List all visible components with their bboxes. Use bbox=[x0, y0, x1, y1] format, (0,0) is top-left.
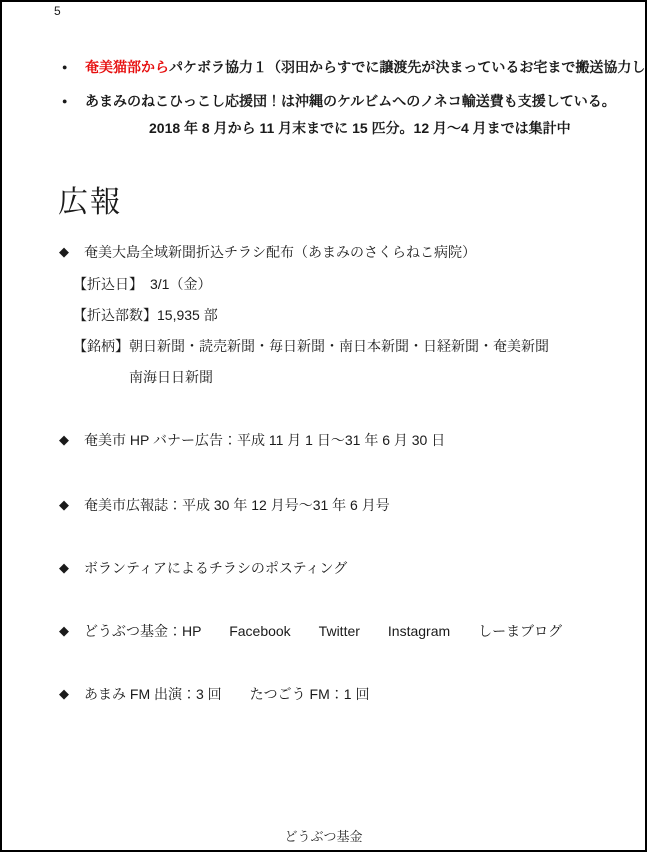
list-item-posting: ◆ ボランティアによるチラシのポスティング bbox=[59, 559, 630, 577]
document-page: 5 ● 奄美猫部からパケボラ協力１（羽田からすでに譲渡先が決まっているお宅まで搬… bbox=[0, 0, 647, 852]
highlighted-red-text: 奄美猫部から bbox=[85, 59, 169, 75]
bullet-text: 奄美猫部からパケボラ協力１（羽田からすでに譲渡先が決まっているお宅まで搬送協力し… bbox=[85, 59, 647, 76]
detail-line-meigara: 【銘柄】朝日新聞・読売新聞・毎日新聞・南日本新聞・日経新聞・奄美新聞 bbox=[73, 337, 549, 355]
item-text: どうぶつ基金：HP Facebook Twitter Instagram しーま… bbox=[84, 622, 562, 640]
list-item-chirashi: ◆ 奄美大島全域新聞折込チラシ配布（あまみのさくらねこ病院） bbox=[59, 243, 630, 261]
page-number: 5 bbox=[54, 4, 61, 18]
bullet-text-body: パケボラ協力１（羽田からすでに譲渡先が決まっているお宅まで搬送協力した） bbox=[169, 59, 647, 75]
diamond-icon: ◆ bbox=[59, 431, 84, 449]
detail-line-meigara-2: 南海日日新聞 bbox=[73, 368, 213, 386]
list-item-fm: ◆ あまみ FM 出演：3 回 たつごう FM：1 回 bbox=[59, 685, 630, 703]
list-item-ouendan: ● あまみのねこひっこし応援団！は沖縄のケルビムへのノネコ輸送費も支援している。 bbox=[62, 93, 625, 110]
note-line: 2018 年 8 月から 11 月末までに 15 匹分。12 月～4 月までは集… bbox=[149, 119, 571, 137]
item-text: 奄美大島全域新聞折込チラシ配布（あまみのさくらねこ病院） bbox=[84, 243, 476, 261]
item-text: 奄美市広報誌：平成 30 年 12 月号～31 年 6 月号 bbox=[84, 496, 390, 514]
bullet-text-body: あまみのねこひっこし応援団！は沖縄のケルビムへのノネコ輸送費も支援している。 bbox=[85, 93, 616, 109]
item-text: 奄美市 HP バナー広告：平成 11 月 1 日～31 年 6 月 30 日 bbox=[84, 431, 445, 449]
diamond-icon: ◆ bbox=[59, 243, 84, 261]
diamond-icon: ◆ bbox=[59, 559, 84, 577]
item-text: あまみ FM 出演：3 回 たつごう FM：1 回 bbox=[84, 685, 369, 703]
list-item-sns: ◆ どうぶつ基金：HP Facebook Twitter Instagram し… bbox=[59, 622, 630, 640]
list-item-pakebora: ● 奄美猫部からパケボラ協力１（羽田からすでに譲渡先が決まっているお宅まで搬送協… bbox=[62, 59, 625, 76]
bullet-icon: ● bbox=[62, 59, 85, 76]
diamond-icon: ◆ bbox=[59, 622, 84, 640]
item-text: ボランティアによるチラシのポスティング bbox=[84, 559, 347, 577]
diamond-icon: ◆ bbox=[59, 496, 84, 514]
list-item-kouhoushi: ◆ 奄美市広報誌：平成 30 年 12 月号～31 年 6 月号 bbox=[59, 496, 630, 514]
diamond-icon: ◆ bbox=[59, 685, 84, 703]
section-heading: 広報 bbox=[58, 186, 122, 219]
bullet-text: あまみのねこひっこし応援団！は沖縄のケルビムへのノネコ輸送費も支援している。 bbox=[85, 93, 616, 110]
footer-text: どうぶつ基金 bbox=[2, 828, 645, 845]
detail-line-orikomibi: 【折込日】 3/1（金） bbox=[73, 275, 211, 293]
list-item-hp-banner: ◆ 奄美市 HP バナー広告：平成 11 月 1 日～31 年 6 月 30 日 bbox=[59, 431, 630, 449]
detail-line-busuu: 【折込部数】15,935 部 bbox=[73, 306, 218, 324]
bullet-icon: ● bbox=[62, 93, 85, 110]
